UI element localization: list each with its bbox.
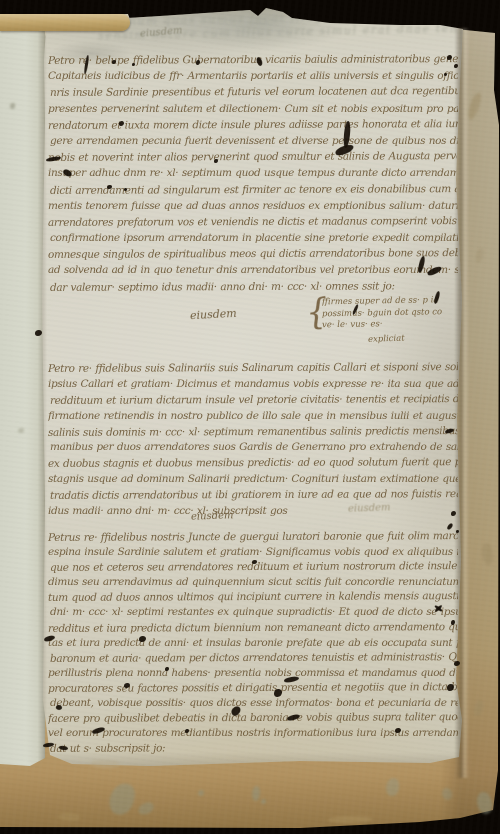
manuscript-line: que nos et ceteros seu arrendatores redd… bbox=[50, 560, 458, 577]
manuscript-line: Petro re· ffidelibus suis Salinariis sui… bbox=[48, 362, 458, 379]
manuscript-line: debeant, vobisque possitis· quos dictos … bbox=[50, 697, 458, 712]
manuscript-line: dimus seu arrendavimus ad quinquennium s… bbox=[48, 576, 458, 591]
manuscript-line: Petro re· belupe ffidelibus Gubernatorib… bbox=[48, 54, 458, 71]
manuscript-line: procuratores seu factores possitis et di… bbox=[48, 681, 458, 698]
manuscript-photo: her ad manum quas sumus fecat illeg miss… bbox=[0, 0, 500, 834]
margin-note-lines: ffirmes super ad de ss· p iapossimus· bg… bbox=[322, 296, 472, 331]
manuscript-line: facere pro quibuslibet debeatis in dicta… bbox=[48, 711, 458, 728]
manuscript-line: dni· m· ccc· xl· septimi restantes ex qu… bbox=[50, 606, 458, 621]
manuscript-line: mentis tenorem fuisse que ad duas annos … bbox=[48, 200, 458, 216]
manuscript-line: baronum et auria· quedam per dictos arre… bbox=[50, 651, 458, 668]
manuscript-line: dicti arrendamenti ad singularum est fir… bbox=[50, 183, 458, 201]
binding-edge-top bbox=[0, 14, 130, 31]
caption-eiusdem-after-entry-2-faint: eiusdem bbox=[348, 502, 391, 514]
manuscript-line: tas et iura predicta de anni· et insulas… bbox=[48, 637, 458, 652]
manuscript-line: espina insule Sardinie salutem et gratia… bbox=[48, 546, 458, 561]
caption-eiusdem-after-entry-2: eiusdem bbox=[191, 510, 234, 522]
manuscript-line: omnesque singulos de spiritualibus meos … bbox=[48, 247, 458, 265]
facing-page-edge bbox=[0, 18, 47, 768]
manuscript-line: stagnis usque ad dominum Salinarii predi… bbox=[48, 473, 458, 489]
manuscript-line: rendatorum et iuxta morem dicte insule p… bbox=[48, 118, 458, 136]
margin-note-line: ve· le· vus· es· bbox=[322, 318, 472, 332]
manuscript-line: redditus et iura predicta dictum bienniu… bbox=[48, 621, 458, 638]
manuscript-line: perillustris plena nonna habens· present… bbox=[48, 667, 458, 682]
manuscript-line: tradatis dictis arrendatoribus ut ibi gr… bbox=[50, 488, 458, 506]
manuscript-line: insuper adhuc dnm re· xl· septimum quod … bbox=[48, 167, 458, 183]
manuscript-line: manibus per duos arrendatores suos Gardi… bbox=[50, 441, 458, 457]
manuscript-line: ad solvenda ad id in quo tenetur dnis ar… bbox=[48, 264, 458, 280]
gutter-crease bbox=[455, 28, 469, 778]
manuscript-line: tum quod ad duos annos ultimos qui incip… bbox=[48, 590, 458, 607]
manuscript-line: firmatione retinendis in nostro publico … bbox=[48, 410, 458, 426]
caption-eiusdem-after-entry-1: eiusdem bbox=[190, 307, 237, 322]
manuscript-line: idus madii· anno dni· m· ccc· xl· subscr… bbox=[48, 505, 458, 520]
manuscript-line: Capitaneis iudicibus de ffr· Armentariis… bbox=[48, 70, 458, 86]
manuscript-entry-1: Petro re· belupe ffidelibus Gubernatorib… bbox=[48, 54, 458, 306]
manuscript-line: confirmatione ipsorum arrendatorum in pl… bbox=[50, 232, 458, 248]
manuscript-line: nris insule Sardinie presentibus et futu… bbox=[50, 85, 458, 103]
manuscript-page: her ad manum quas sumus fecat illeg miss… bbox=[40, 8, 464, 766]
manuscript-line: nobis et noverint inter alios pervenerin… bbox=[48, 150, 458, 168]
manuscript-line: arrendatores prefatorum vos et veniendis… bbox=[48, 215, 458, 233]
manuscript-line: ipsius Callari et gratiam· Dicimus et ma… bbox=[48, 378, 458, 394]
manuscript-line: ex duobus stagnis et duobus mensibus pre… bbox=[48, 456, 458, 474]
manuscript-entry-3: Petrus re· ffidelibus nostris Juncte de … bbox=[48, 531, 458, 765]
manuscript-line: presentes pervenerint salutem et dilecti… bbox=[48, 103, 458, 119]
manuscript-entry-2: Petro re· ffidelibus suis Salinariis sui… bbox=[48, 362, 458, 520]
manuscript-line: reddituum et iurium dictarum insule vel … bbox=[50, 393, 458, 411]
margin-note: { ffirmes super ad de ss· p iapossimus· … bbox=[322, 296, 472, 343]
manuscript-line: salinis suis dominis m· ccc· xl· septimu… bbox=[48, 425, 458, 443]
manuscript-line: vel eorum procuratores mediantibus nostr… bbox=[48, 727, 458, 742]
manuscript-line: gere arrendamen pecunia fuerit devenisse… bbox=[50, 135, 458, 151]
manuscript-line: dat ut s· subscripsit jo: bbox=[50, 741, 458, 758]
manuscript-line: Petrus re· ffidelibus nostris Juncte de … bbox=[48, 531, 458, 547]
